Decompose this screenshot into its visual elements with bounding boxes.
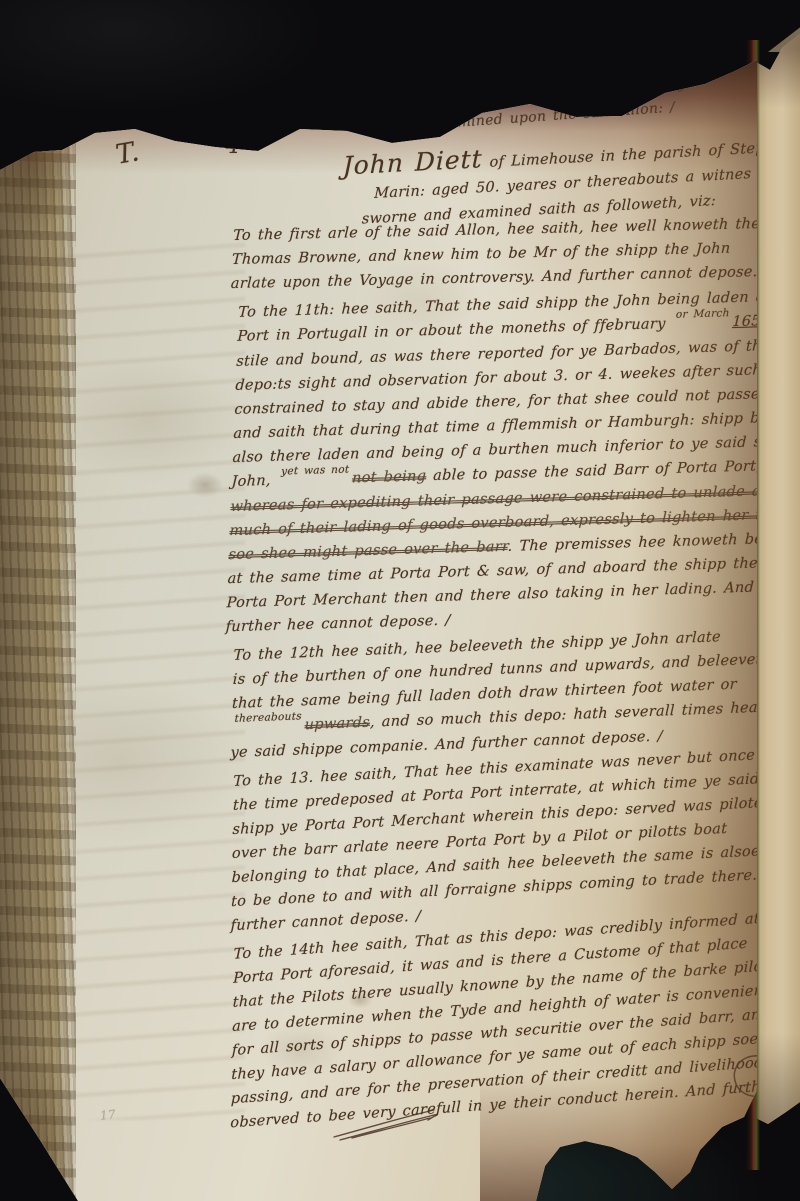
line-segment-insert: thereabouts	[234, 704, 302, 731]
witness-number-suffix: tus	[240, 134, 256, 145]
deponent-name: John Diett	[343, 144, 483, 180]
ink-show-through	[55, 240, 245, 1120]
line-segment: further cannot depose. /	[230, 908, 421, 934]
paragraph: To the first arle of the said Allon, hee…	[230, 212, 778, 296]
year-fraction-bottom: 5	[677, 84, 684, 93]
line-segment-struck: upwards	[304, 715, 370, 734]
paragraph: To the 14th hee saith, That as this depo…	[230, 906, 777, 1136]
witness-number: 4tus	[226, 134, 256, 159]
paragraph: To the 12th hee saith, hee beleeveth the…	[230, 623, 778, 765]
date-text: The 4	[417, 75, 467, 97]
year-fraction-top: 4	[676, 74, 685, 84]
body-paragraphs: To the first arle of the said Allon, hee…	[232, 224, 777, 1140]
paragraph: To the 11th: hee saith, That the said sh…	[225, 285, 783, 640]
folio-number: 17	[99, 1107, 116, 1123]
date-suffix: :	[684, 63, 691, 82]
manuscript-photo: { "palette": { "ink": "#46321f", "paper_…	[0, 0, 800, 1201]
witness-number-value: 4	[226, 134, 240, 159]
manuscript-page: Againe John Arthur agt 7:11:80: The 4th …	[0, 0, 800, 1201]
date-line: The 4th day of January — 16545:	[417, 63, 691, 107]
year-fraction: 45	[676, 74, 686, 93]
next-page-edge	[756, 0, 800, 1201]
margin-note: Againe John Arthur agt 7:11:80:	[92, 86, 321, 117]
paragraph: To the 13. hee saith, That hee this exam…	[230, 742, 778, 938]
signature-flourish	[330, 1104, 442, 1142]
date-rest: day of January — 165	[476, 64, 672, 93]
next-page-shading	[756, 0, 800, 1201]
line-segment: further hee cannot depose. /	[225, 613, 451, 636]
line-segment-insert: yet was not	[281, 457, 350, 483]
line-segment: John,	[231, 473, 278, 490]
line-segment-struck: not being	[352, 468, 427, 486]
line-segment-insert: or March	[675, 301, 730, 327]
date-ordinal: th	[467, 75, 477, 85]
